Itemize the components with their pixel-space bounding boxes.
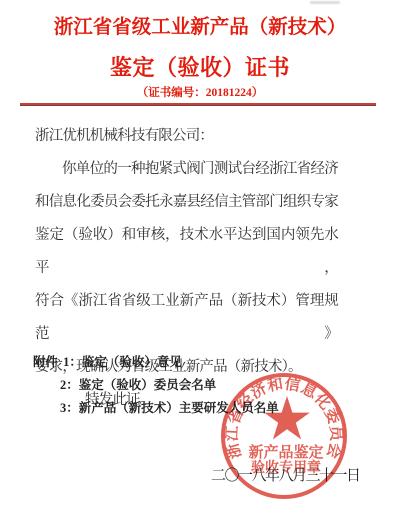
issue-date: 二〇一八年八月三十一日 bbox=[211, 464, 371, 485]
scan-artifact bbox=[310, 1, 340, 4]
recipient-line: 浙江优机机械科技有限公司： bbox=[35, 120, 338, 153]
attachments-label: 附件 bbox=[33, 355, 58, 369]
certificate-page: 浙江省省级工业新产品（新技术） 鉴定（验收）证书 （证书编号：20181224）… bbox=[0, 0, 400, 513]
attachment-item: 附件 1：鉴定（验收）意见 bbox=[33, 351, 279, 374]
certificate-number: （证书编号：20181224） bbox=[0, 84, 400, 100]
attachment-item-text: 1：鉴定（验收）意见 bbox=[63, 355, 182, 369]
seal-center-line1: 新产品鉴定 bbox=[248, 443, 323, 461]
body-line: 符合《浙江省省级工业新产品（新技术）管理规范》 bbox=[35, 285, 338, 351]
body-line: 和信息化委员会委托永嘉县经信主管部门组织专家 bbox=[35, 186, 338, 219]
certificate-title-line1: 浙江省省级工业新产品（新技术） bbox=[0, 11, 400, 39]
body-line: 鉴定（验收）和审核，技术水平达到国内领先水平， bbox=[35, 219, 338, 285]
certificate-title-line2: 鉴定（验收）证书 bbox=[0, 51, 400, 82]
header-divider bbox=[20, 103, 376, 106]
attachment-item: 3：新产品（新技术）主要研发人员名单 bbox=[33, 397, 279, 420]
attachments-list: 附件 1：鉴定（验收）意见 2：鉴定（验收）委员会名单 3：新产品（新技术）主要… bbox=[33, 351, 279, 420]
body-line: 你单位的一种抱紧式阀门测试台经浙江省经济 bbox=[35, 153, 338, 186]
attachment-item: 2：鉴定（验收）委员会名单 bbox=[33, 374, 279, 397]
